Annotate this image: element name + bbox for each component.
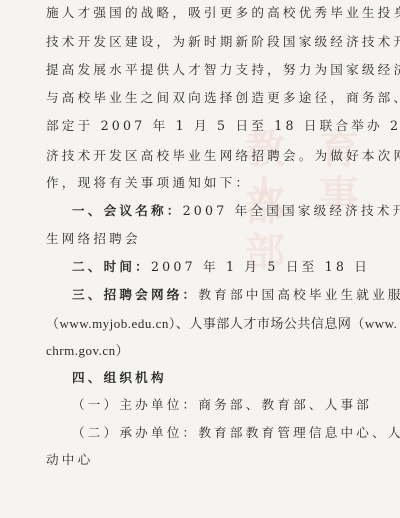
paragraph-line-3: 提高发展水平提供人才智力支持，努力为国家级经济技术开发区: [46, 62, 380, 78]
org-item-1: （一）主办单位：商务部、教育部、人事部: [72, 397, 400, 413]
section-3-text: 教育部中国高校毕业生就业服务信息网: [198, 287, 400, 302]
section-3-url-cont: chrm.gov.cn）: [46, 343, 380, 359]
section-1-continuation: 生网络招聘会: [46, 231, 380, 247]
paragraph-line-4: 与高校毕业生之间双向选择创造更多途径，商务部、教育部、人事: [46, 90, 380, 106]
paragraph-line-1: 施人才强国的战略，吸引更多的高校优秀毕业生投身国家级经济: [46, 5, 380, 21]
section-3-heading: 三、招聘会网络：: [72, 287, 198, 302]
paragraph-line-6: 济技术开发区高校毕业生网络招聘会。为做好本次网络招聘会工: [46, 148, 380, 164]
section-1-heading: 一、会议名称：: [72, 203, 183, 218]
section-3-urls: （www.myjob.edu.cn）、人事部人才市场公共信息网（www.: [46, 316, 380, 332]
section-3: 三、招聘会网络：教育部中国高校毕业生就业服务信息网: [72, 287, 400, 303]
section-2-heading: 二、时间：: [72, 259, 151, 274]
paragraph-line-5: 部定于 2007 年 1 月 5 日至 18 日联合举办 2007 年全国国家级…: [46, 118, 380, 134]
org-item-2: （二）承办单位：教育部教育管理信息中心、人事部全国人才流: [72, 425, 400, 441]
document-page: 教育部 人事部 施人才强国的战略，吸引更多的高校优秀毕业生投身国家级经济 技术开…: [0, 0, 400, 518]
section-1: 一、会议名称：2007 年全国国家级经济技术开发区高校毕业: [72, 203, 400, 219]
section-2-text: 2007 年 1 月 5 日至 18 日: [151, 259, 370, 274]
org-item-2-continuation: 动中心: [46, 452, 380, 468]
paragraph-line-7: 作，现将有关事项通知如下：: [46, 175, 380, 191]
section-2: 二、时间：2007 年 1 月 5 日至 18 日: [72, 259, 400, 275]
section-1-text: 2007 年全国国家级经济技术开发区高校毕业: [183, 203, 400, 218]
section-4-heading: 四、组织机构: [72, 370, 400, 386]
paragraph-line-2: 技术开发区建设，为新时期新阶段国家级经济技术开发区进一步: [46, 34, 380, 50]
